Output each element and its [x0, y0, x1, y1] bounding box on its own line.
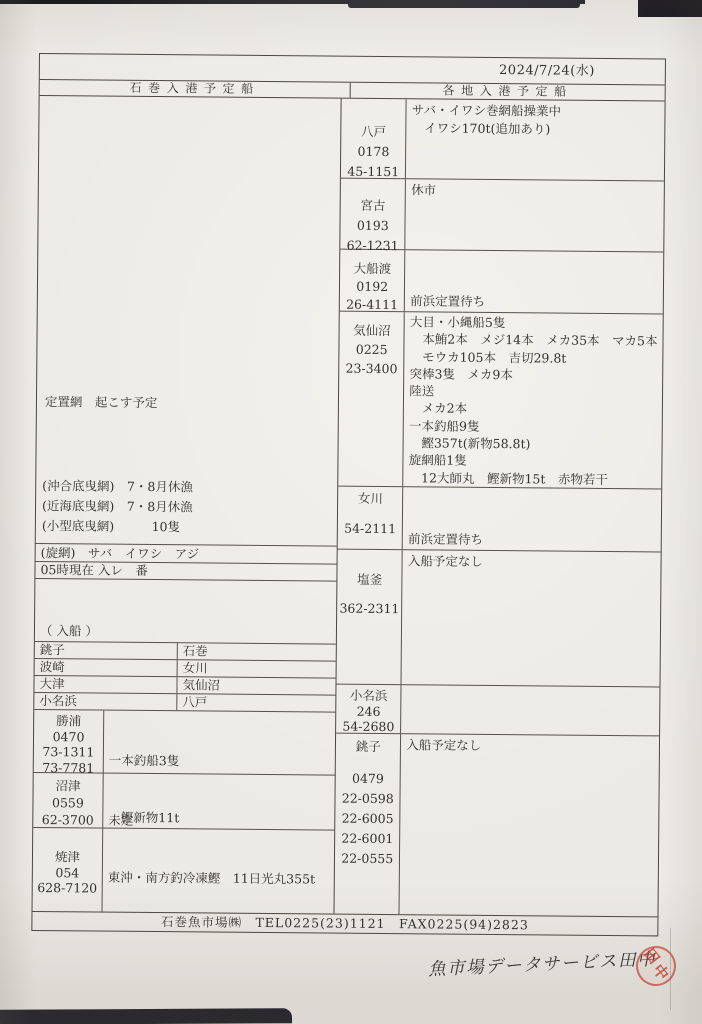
- content-line: 本鮪2本 メジ14本 メカ35本 マカ5本: [410, 331, 658, 350]
- port-name: 銚子: [356, 738, 381, 755]
- port-content-cell: 入船予定なし: [402, 550, 661, 686]
- nyusen-label: （ 入船 ）: [40, 621, 98, 640]
- port-name: 宮古: [360, 196, 385, 216]
- port-phone: 22-6005: [342, 809, 394, 829]
- port-row-onahama: 小名浜 246 54-2680: [336, 685, 659, 737]
- port-phone: 246: [357, 703, 381, 719]
- port-phone: 23-3400: [345, 359, 397, 378]
- port-name: 女川: [358, 490, 383, 508]
- port-row-hachinohe: 八戸 0178 45-1151 サバ・イワシ巻網船操業中 イワシ170t(追加あ…: [341, 99, 664, 182]
- stamp-glyph: 中: [650, 962, 671, 983]
- content-line: 突棒3隻 メカ9本: [409, 365, 657, 384]
- port-row-yaizu: 焼津 054 628-7120 東沖・南方釣冷凍鰹 11日光丸355t: [33, 828, 335, 914]
- content-line: 一本釣船3隻: [109, 751, 330, 772]
- port-phone: 0479: [352, 769, 384, 789]
- port-content-cell: 休市: [406, 179, 664, 251]
- nyusen-port-to: 石巻: [178, 643, 336, 660]
- trawl-notes: (沖合底曳網) 7・8月休漁 (近海底曳網) 7・8月休漁 (小型底曳網) 10…: [42, 476, 193, 537]
- content-line: メカ2本: [409, 400, 657, 419]
- port-name: 気仙沼: [353, 321, 391, 340]
- port-content-cell: 一本釣船3隻 鰹新物11t: [104, 711, 336, 775]
- content-line: 前浜定置待ち: [410, 291, 658, 311]
- content-line: イワシ170t(追加あり): [412, 119, 660, 139]
- content-line: 休市: [411, 181, 659, 201]
- data-service-signature: 魚市場データサービス田中: [428, 946, 657, 981]
- port-label-cell: 八戸 0178 45-1151: [341, 99, 407, 179]
- port-phone: 62-3700: [33, 811, 102, 829]
- table-body: 定置網 起こす予定 (沖合底曳網) 7・8月休漁 (近海底曳網) 7・8月休漁 …: [33, 96, 665, 916]
- photo-background-edge: [348, 0, 580, 8]
- port-label-cell: 女川 54-2111: [338, 487, 404, 550]
- port-phone: 0470: [34, 728, 103, 744]
- nyusen-port-to: 女川: [178, 660, 336, 677]
- port-phone: 22-0598: [342, 789, 394, 809]
- nyusen-row: 小名浜 八戸: [34, 693, 335, 713]
- header-ishinomaki: 石巻入港予定船: [40, 80, 351, 98]
- port-phone: 22-6001: [341, 829, 393, 849]
- port-phone: 0225: [356, 340, 388, 359]
- nyusen-port-from: 銚子: [35, 642, 178, 659]
- port-phone: 0178: [357, 142, 389, 162]
- photo-background-corner: [638, 0, 702, 17]
- port-label-cell: 沼津 0559 62-3700: [33, 773, 103, 828]
- port-name: 小名浜: [350, 688, 388, 704]
- port-row-kesennuma: 気仙沼 0225 23-3400 大目・小縄船5隻 本鮪2本 メジ14本 メカ3…: [339, 312, 663, 490]
- photo-background-bottom: [0, 1008, 292, 1024]
- trawl-note-line: (沖合底曳網) 7・8月休漁: [42, 476, 193, 497]
- ishinomaki-main-cell: 定置網 起こす予定 (沖合底曳網) 7・8月休漁 (近海底曳網) 7・8月休漁 …: [36, 96, 341, 547]
- port-phone: 054: [33, 864, 102, 880]
- port-name: 八戸: [361, 122, 386, 142]
- content-line: 一本釣船9隻: [409, 417, 657, 436]
- port-row-ofunato: 大船渡 0192 26-4111 前浜定置待ち: [340, 250, 663, 315]
- port-phone: 0559: [33, 794, 102, 812]
- content-line: 東沖・南方釣冷凍鰹 11日光丸355t: [108, 869, 329, 889]
- content-line: 入船予定なし: [406, 736, 654, 756]
- port-phone: 628-7120: [33, 880, 102, 896]
- nyusen-port-to: 気仙沼: [177, 677, 335, 694]
- port-row-miyako: 宮古 0193 62-1231 休市: [341, 179, 664, 253]
- port-phone: 73-1311: [34, 744, 103, 760]
- port-content-cell: [401, 685, 659, 735]
- port-row-katsuura: 勝浦 0470 73-1311 73-7781 一本釣船3隻 鰹新物11t: [34, 710, 336, 776]
- port-row-onagawa: 女川 54-2111 前浜定置待ち: [338, 487, 661, 553]
- port-name: 大船渡: [354, 260, 392, 278]
- nyusen-port-from: 小名浜: [34, 693, 177, 710]
- header-other-ports: 各地入港予定船: [351, 83, 665, 101]
- port-label-cell: 大船渡 0192 26-4111: [340, 250, 406, 312]
- port-content-cell: サバ・イワシ巻網船操業中 イワシ170t(追加あり): [406, 99, 664, 180]
- content-line: 鰹357t(新物58.8t): [409, 434, 657, 453]
- port-label-cell: 塩釜 362-2311: [337, 550, 403, 685]
- content-line: モウカ105本 吉切29.8t: [410, 348, 658, 367]
- port-row-numazu: 沼津 0559 62-3700 未定: [33, 773, 335, 831]
- port-label-cell: 宮古 0193 62-1231: [341, 179, 407, 250]
- trawl-note-line: (近海底曳網) 7・8月休漁: [42, 496, 193, 517]
- ishinomaki-column: 定置網 起こす予定 (沖合底曳網) 7・8月休漁 (近海底曳網) 7・8月休漁 …: [33, 96, 342, 914]
- content-line: 12大師丸 鰹新物15t 赤物若干: [409, 469, 657, 488]
- content-line: サバ・イワシ巻網船操業中: [412, 101, 660, 121]
- port-content-cell: 入船予定なし: [400, 734, 659, 916]
- port-name: 焼津: [33, 849, 102, 865]
- trawl-note-line: (小型底曳網) 10隻: [42, 516, 193, 537]
- port-label-cell: 銚子 0479 22-0598 22-6005 22-6001 22-0555: [335, 734, 402, 915]
- port-label-cell: 気仙沼 0225 23-3400: [339, 312, 406, 487]
- content-line: 大目・小縄船5隻: [410, 313, 658, 332]
- other-ports-column: 八戸 0178 45-1151 サバ・イワシ巻網船操業中 イワシ170t(追加あ…: [335, 99, 665, 917]
- port-label-cell: 小名浜 246 54-2680: [336, 685, 401, 734]
- port-row-shiogama: 塩釜 362-2311 入船予定なし: [337, 550, 661, 688]
- nyusen-port-from: 波崎: [35, 659, 178, 676]
- content-line: 陸送: [409, 382, 657, 401]
- content-line: 前浜定置待ち: [408, 529, 656, 549]
- nyusen-cell: （ 入船 ）: [35, 579, 337, 645]
- port-phone: 0193: [357, 216, 389, 236]
- port-name: 塩釜: [357, 571, 382, 589]
- port-name: 沼津: [34, 777, 103, 795]
- content-line: 入船予定なし: [408, 552, 656, 572]
- teichiami-note: 定置網 起こす予定: [45, 392, 158, 411]
- port-phone: 54-2680: [342, 719, 394, 735]
- port-content-cell: 大目・小縄船5隻 本鮪2本 メジ14本 メカ35本 マカ5本 モウカ105本 吉…: [404, 312, 663, 488]
- port-name: 勝浦: [34, 713, 103, 729]
- port-content-cell: 前浜定置待ち: [403, 487, 661, 551]
- port-label-cell: 焼津 054 628-7120: [33, 828, 104, 912]
- port-phone: 22-0555: [341, 849, 393, 869]
- port-content-cell: 未定: [103, 774, 335, 830]
- port-row-choshi: 銚子 0479 22-0598 22-6005 22-6001 22-0555 …: [335, 734, 659, 917]
- port-label-cell: 勝浦 0470 73-1311 73-7781: [34, 710, 105, 773]
- nyusen-port-from: 大津: [34, 676, 177, 693]
- date-text: 2024/7/24(水): [499, 63, 595, 79]
- port-phone: 362-2311: [339, 600, 399, 619]
- nyusen-port-to: 八戸: [177, 694, 335, 711]
- port-phone: 54-2111: [344, 520, 396, 538]
- port-phone: 0192: [356, 278, 388, 296]
- schedule-table: 2024/7/24(水) 石巻入港予定船 各地入港予定船 定置網 起こす予定 (…: [31, 53, 666, 936]
- port-content-cell: 前浜定置待ち: [405, 250, 663, 313]
- content-line: 旋網船1隻: [409, 452, 657, 471]
- port-content-cell: 東沖・南方釣冷凍鰹 11日光丸355t: [103, 829, 335, 914]
